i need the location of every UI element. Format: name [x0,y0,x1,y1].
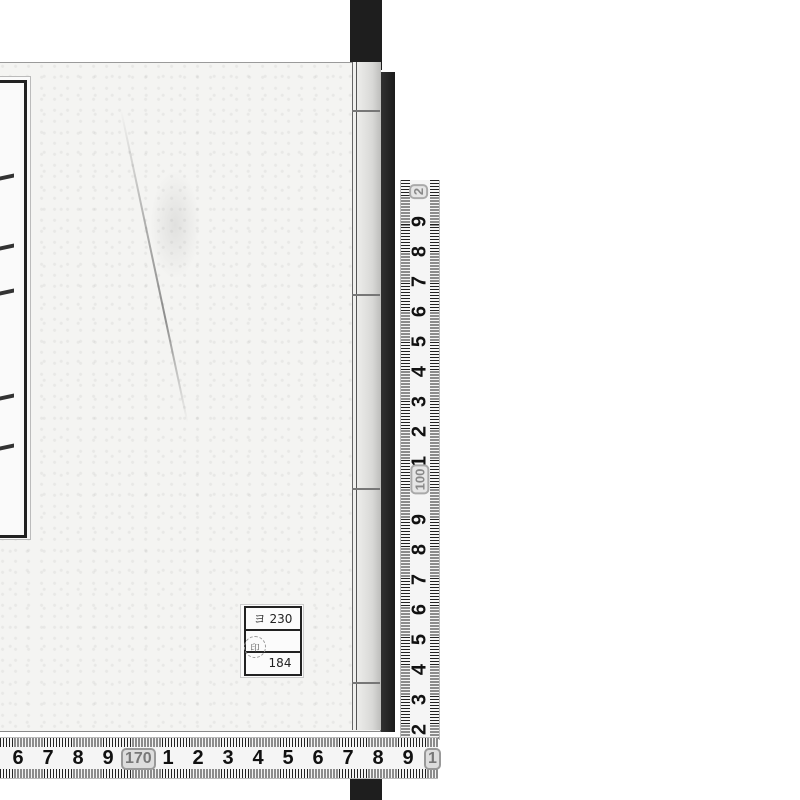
ruler-badge: 1 [424,748,441,770]
ruler-digit: 6 [308,747,328,770]
ruler-digit: 8 [368,747,388,770]
binding-strap-top [350,0,382,70]
ruler-digit: 2 [188,747,208,770]
cover-smudge [150,170,200,280]
spine-fold-line [356,62,357,730]
library-seal-icon: 印 [244,636,266,658]
binding-stitch [352,110,380,112]
binding-stitch [352,488,380,490]
ruler-digit: 7 [409,272,432,292]
ruler-digit: 9 [409,510,432,530]
ruler-digit: 9 [398,747,418,770]
ruler-badge: 100 [410,465,429,495]
binding-stitch [352,294,380,296]
ruler-badge: 2 [409,184,428,199]
ruler-digit: 5 [409,630,432,650]
book-cover [0,62,381,732]
ruler-digit: 8 [409,540,432,560]
ruler-digit: 9 [98,747,118,770]
ruler-digit: 7 [38,747,58,770]
ruler-digit: 5 [409,332,432,352]
ruler-digit: 6 [8,747,28,770]
ruler-badge: 170 [121,748,156,770]
ruler-digit: 3 [409,392,432,412]
ruler-ticks [0,769,438,778]
title-slip-border [0,80,27,538]
ruler-digit: 1 [158,747,178,770]
ruler-digit: 8 [68,747,88,770]
ruler-digit: 4 [409,362,432,382]
binding-stitch [352,682,380,684]
ruler-digit: 7 [338,747,358,770]
catalog-label-row-1: ヨ 230 [246,608,300,631]
ruler-digit: 6 [409,302,432,322]
ruler-digit: 5 [278,747,298,770]
horizontal-ruler: 67891234567891701 [0,737,438,779]
ruler-digit: 3 [218,747,238,770]
ruler-digit: 4 [248,747,268,770]
ruler-digit: 4 [409,660,432,680]
ruler-digit: 2 [409,422,432,442]
ruler-digit: 7 [409,570,432,590]
ruler-digit: 8 [409,242,432,262]
ruler-digit: 6 [409,600,432,620]
ruler-digit: 9 [409,212,432,232]
ruler-digit: 3 [409,690,432,710]
ruler-ticks [0,738,438,747]
binding-strap-bottom [350,776,382,800]
vertical-ruler: 987654321987654322100 [400,180,440,740]
